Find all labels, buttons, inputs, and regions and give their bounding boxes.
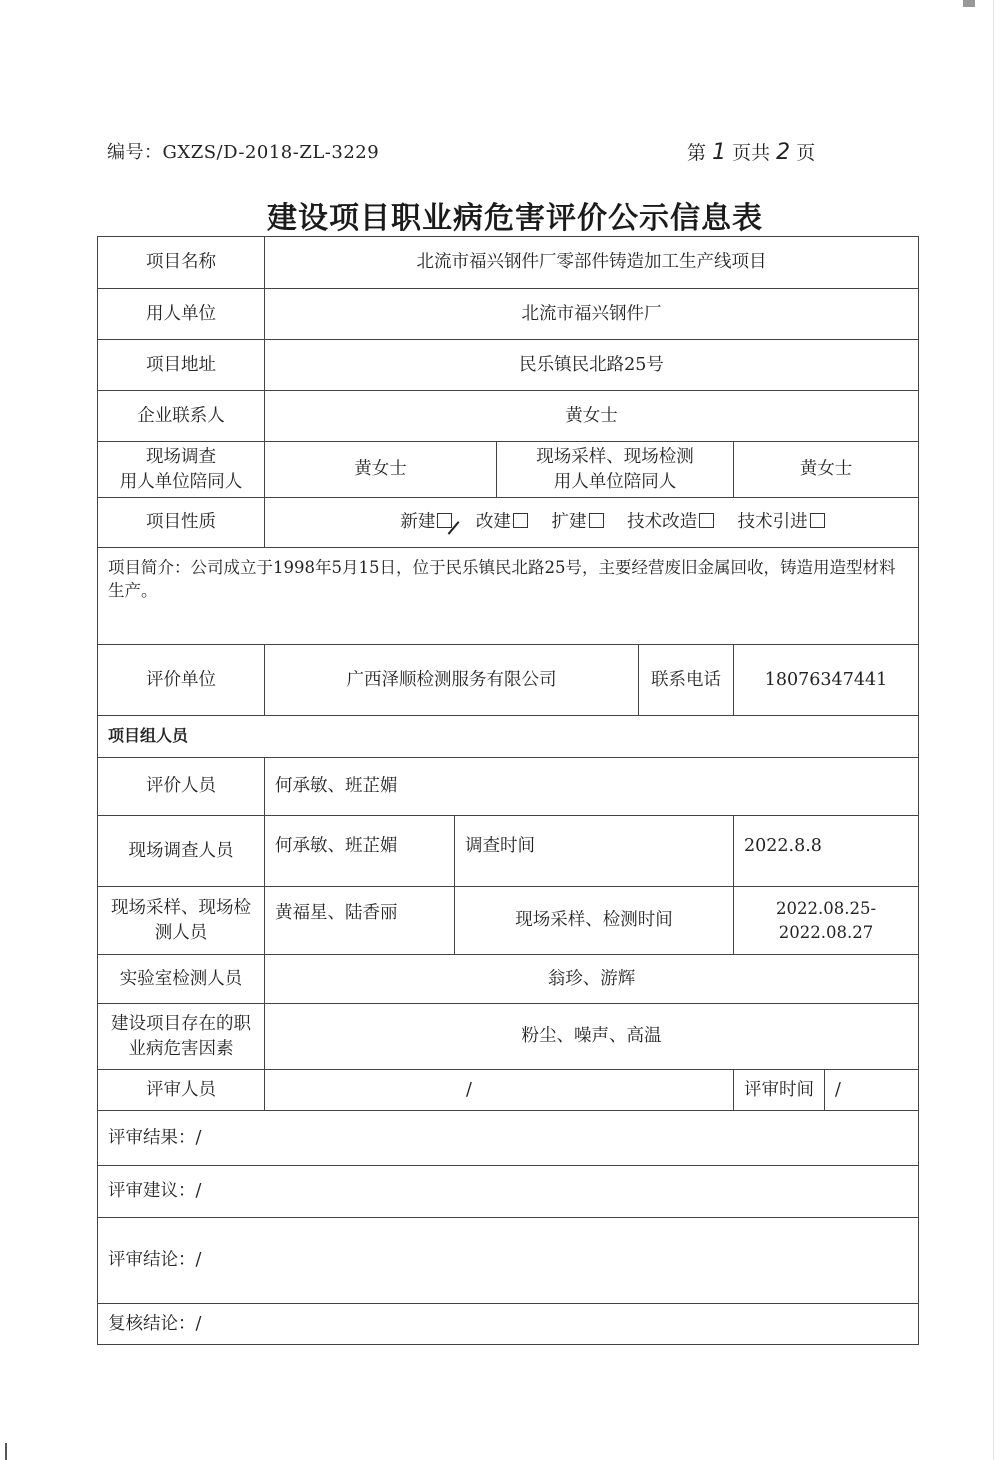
row-contact: 企业联系人 黄女士 bbox=[98, 391, 919, 442]
phone-value: 18076347441 bbox=[734, 645, 919, 716]
summary-text: 公司成立于1998年5月15日，位于民乐镇民北路25号，主要经营废旧金属回收，铸… bbox=[108, 558, 895, 600]
reviewers-label: 评审人员 bbox=[98, 1070, 265, 1111]
samplers-label: 现场采样、现场检 测人员 bbox=[98, 887, 265, 955]
document-number: 编号：GXZS/D-2018-ZL-3229 bbox=[107, 138, 379, 164]
row-recheck-conclusion: 复核结论：/ bbox=[98, 1304, 919, 1345]
review-result-value: / bbox=[196, 1128, 202, 1148]
option-label: 技术引进 bbox=[738, 512, 808, 532]
phone-label: 联系电话 bbox=[639, 645, 734, 716]
evaluators-label: 评价人员 bbox=[98, 758, 265, 816]
option-label: 技术改造 bbox=[627, 512, 697, 532]
hazards-label-line1: 建设项目存在的职 bbox=[98, 1012, 264, 1037]
option-new-build[interactable]: 新建 bbox=[400, 512, 452, 532]
review-conclusion-label: 评审结论： bbox=[108, 1250, 196, 1270]
samplers-label-line1: 现场采样、现场检 bbox=[98, 896, 264, 921]
checkbox-checked-icon[interactable] bbox=[437, 513, 452, 528]
surveyors-label: 现场调查人员 bbox=[98, 816, 265, 887]
sampling-escort-value: 黄女士 bbox=[734, 442, 919, 498]
row-review-suggestion: 评审建议：/ bbox=[98, 1166, 919, 1218]
contact-label: 企业联系人 bbox=[98, 391, 265, 442]
samplers-value: 黄福星、陆香丽 bbox=[265, 887, 455, 955]
row-surveyors: 现场调查人员 何承敏、班芷媚 调查时间 2022.8.8 bbox=[98, 816, 919, 887]
option-label: 新建 bbox=[400, 512, 435, 532]
address-value: 民乐镇民北路25号 bbox=[265, 340, 919, 391]
row-lab: 实验室检测人员 翁珍、游辉 bbox=[98, 955, 919, 1004]
row-address: 项目地址 民乐镇民北路25号 bbox=[98, 340, 919, 391]
sampling-time-value: 2022.08.25-2022.08.27 bbox=[734, 887, 919, 955]
survey-time-label: 调查时间 bbox=[455, 816, 734, 887]
page-indicator: 第 1 页共 2 页 bbox=[687, 138, 815, 165]
hazards-label-line2: 业病危害因素 bbox=[98, 1037, 264, 1062]
disclosure-form: 项目名称 北流市福兴钢件厂零部件铸造加工生产线项目 用人单位 北流市福兴钢件厂 … bbox=[97, 236, 919, 1345]
nature-options: 新建 改建 扩建 技术改造 技术引进 bbox=[265, 498, 919, 548]
row-escorts: 现场调查 用人单位陪同人 黄女士 现场采样、现场检测 用人单位陪同人 黄女士 bbox=[98, 442, 919, 498]
evaluators-value: 何承敏、班芷媚 bbox=[265, 758, 919, 816]
samplers-label-line2: 测人员 bbox=[98, 921, 264, 946]
row-review-conclusion: 评审结论：/ bbox=[98, 1218, 919, 1304]
sampling-time-label: 现场采样、检测时间 bbox=[455, 887, 734, 955]
survey-escort-label: 现场调查 用人单位陪同人 bbox=[98, 442, 265, 498]
page-mid: 页共 bbox=[732, 142, 770, 164]
sampling-escort-label-line2: 用人单位陪同人 bbox=[497, 470, 733, 495]
address-label: 项目地址 bbox=[98, 340, 265, 391]
row-project-name: 项目名称 北流市福兴钢件厂零部件铸造加工生产线项目 bbox=[98, 237, 919, 289]
review-conclusion-cell: 评审结论：/ bbox=[98, 1218, 919, 1304]
survey-escort-label-line1: 现场调查 bbox=[98, 445, 264, 470]
row-evaluator: 评价单位 广西泽顺检测服务有限公司 联系电话 18076347441 bbox=[98, 645, 919, 716]
scan-artifact bbox=[5, 1443, 7, 1460]
option-label: 改建 bbox=[476, 512, 511, 532]
row-samplers: 现场采样、现场检 测人员 黄福星、陆香丽 现场采样、检测时间 2022.08.2… bbox=[98, 887, 919, 955]
review-conclusion-value: / bbox=[196, 1250, 202, 1270]
review-time-label: 评审时间 bbox=[734, 1070, 825, 1111]
nature-label: 项目性质 bbox=[98, 498, 265, 548]
row-reviewers: 评审人员 / 评审时间 / bbox=[98, 1070, 919, 1111]
review-suggestion-label: 评审建议： bbox=[108, 1181, 196, 1201]
scan-artifact bbox=[963, 0, 975, 7]
page-current: 1 bbox=[712, 140, 726, 165]
summary-cell: 项目简介：公司成立于1998年5月15日，位于民乐镇民北路25号，主要经营废旧金… bbox=[98, 548, 919, 645]
option-tech-renovation[interactable]: 技术改造 bbox=[627, 512, 714, 532]
reviewers-value: / bbox=[265, 1070, 734, 1111]
project-name-value: 北流市福兴钢件厂零部件铸造加工生产线项目 bbox=[265, 237, 919, 289]
row-evaluators: 评价人员 何承敏、班芷媚 bbox=[98, 758, 919, 816]
survey-escort-value: 黄女士 bbox=[265, 442, 497, 498]
row-team-heading: 项目组人员 bbox=[98, 716, 919, 758]
checkbox-empty-icon[interactable] bbox=[810, 513, 825, 528]
review-suggestion-value: / bbox=[196, 1181, 202, 1201]
option-expansion[interactable]: 扩建 bbox=[552, 512, 604, 532]
checkbox-empty-icon[interactable] bbox=[589, 513, 604, 528]
row-review-result: 评审结果：/ bbox=[98, 1111, 919, 1166]
row-employer: 用人单位 北流市福兴钢件厂 bbox=[98, 289, 919, 340]
summary-label: 项目简介： bbox=[108, 558, 191, 577]
lab-value: 翁珍、游辉 bbox=[265, 955, 919, 1004]
survey-time-value: 2022.8.8 bbox=[734, 816, 919, 887]
row-hazards: 建设项目存在的职 业病危害因素 粉尘、噪声、高温 bbox=[98, 1004, 919, 1070]
checkbox-empty-icon[interactable] bbox=[513, 513, 528, 528]
evaluator-label: 评价单位 bbox=[98, 645, 265, 716]
employer-value: 北流市福兴钢件厂 bbox=[265, 289, 919, 340]
contact-value: 黄女士 bbox=[265, 391, 919, 442]
sampling-escort-label-line1: 现场采样、现场检测 bbox=[497, 445, 733, 470]
survey-escort-label-line2: 用人单位陪同人 bbox=[98, 470, 264, 495]
review-time-value: / bbox=[825, 1070, 919, 1111]
team-heading: 项目组人员 bbox=[98, 716, 919, 758]
evaluator-value: 广西泽顺检测服务有限公司 bbox=[265, 645, 639, 716]
recheck-conclusion-label: 复核结论： bbox=[108, 1314, 196, 1334]
page-total: 2 bbox=[776, 140, 790, 165]
row-summary: 项目简介：公司成立于1998年5月15日，位于民乐镇民北路25号，主要经营废旧金… bbox=[98, 548, 919, 645]
review-suggestion-cell: 评审建议：/ bbox=[98, 1166, 919, 1218]
hazards-label: 建设项目存在的职 业病危害因素 bbox=[98, 1004, 265, 1070]
checkbox-empty-icon[interactable] bbox=[699, 513, 714, 528]
review-result-label: 评审结果： bbox=[108, 1128, 196, 1148]
surveyors-value: 何承敏、班芷媚 bbox=[265, 816, 455, 887]
employer-label: 用人单位 bbox=[98, 289, 265, 340]
option-rebuild[interactable]: 改建 bbox=[476, 512, 528, 532]
hazards-value: 粉尘、噪声、高温 bbox=[265, 1004, 919, 1070]
page-prefix: 第 bbox=[687, 142, 706, 164]
recheck-conclusion-cell: 复核结论：/ bbox=[98, 1304, 919, 1345]
option-label: 扩建 bbox=[552, 512, 587, 532]
option-tech-import[interactable]: 技术引进 bbox=[738, 512, 825, 532]
page-suffix: 页 bbox=[796, 142, 815, 164]
row-nature: 项目性质 新建 改建 扩建 技术改造 技术引进 bbox=[98, 498, 919, 548]
lab-label: 实验室检测人员 bbox=[98, 955, 265, 1004]
sampling-escort-label: 现场采样、现场检测 用人单位陪同人 bbox=[497, 442, 734, 498]
document-title: 建设项目职业病危害评价公示信息表 bbox=[0, 193, 1000, 237]
project-name-label: 项目名称 bbox=[98, 237, 265, 289]
recheck-conclusion-value: / bbox=[196, 1314, 202, 1334]
review-result-cell: 评审结果：/ bbox=[98, 1111, 919, 1166]
